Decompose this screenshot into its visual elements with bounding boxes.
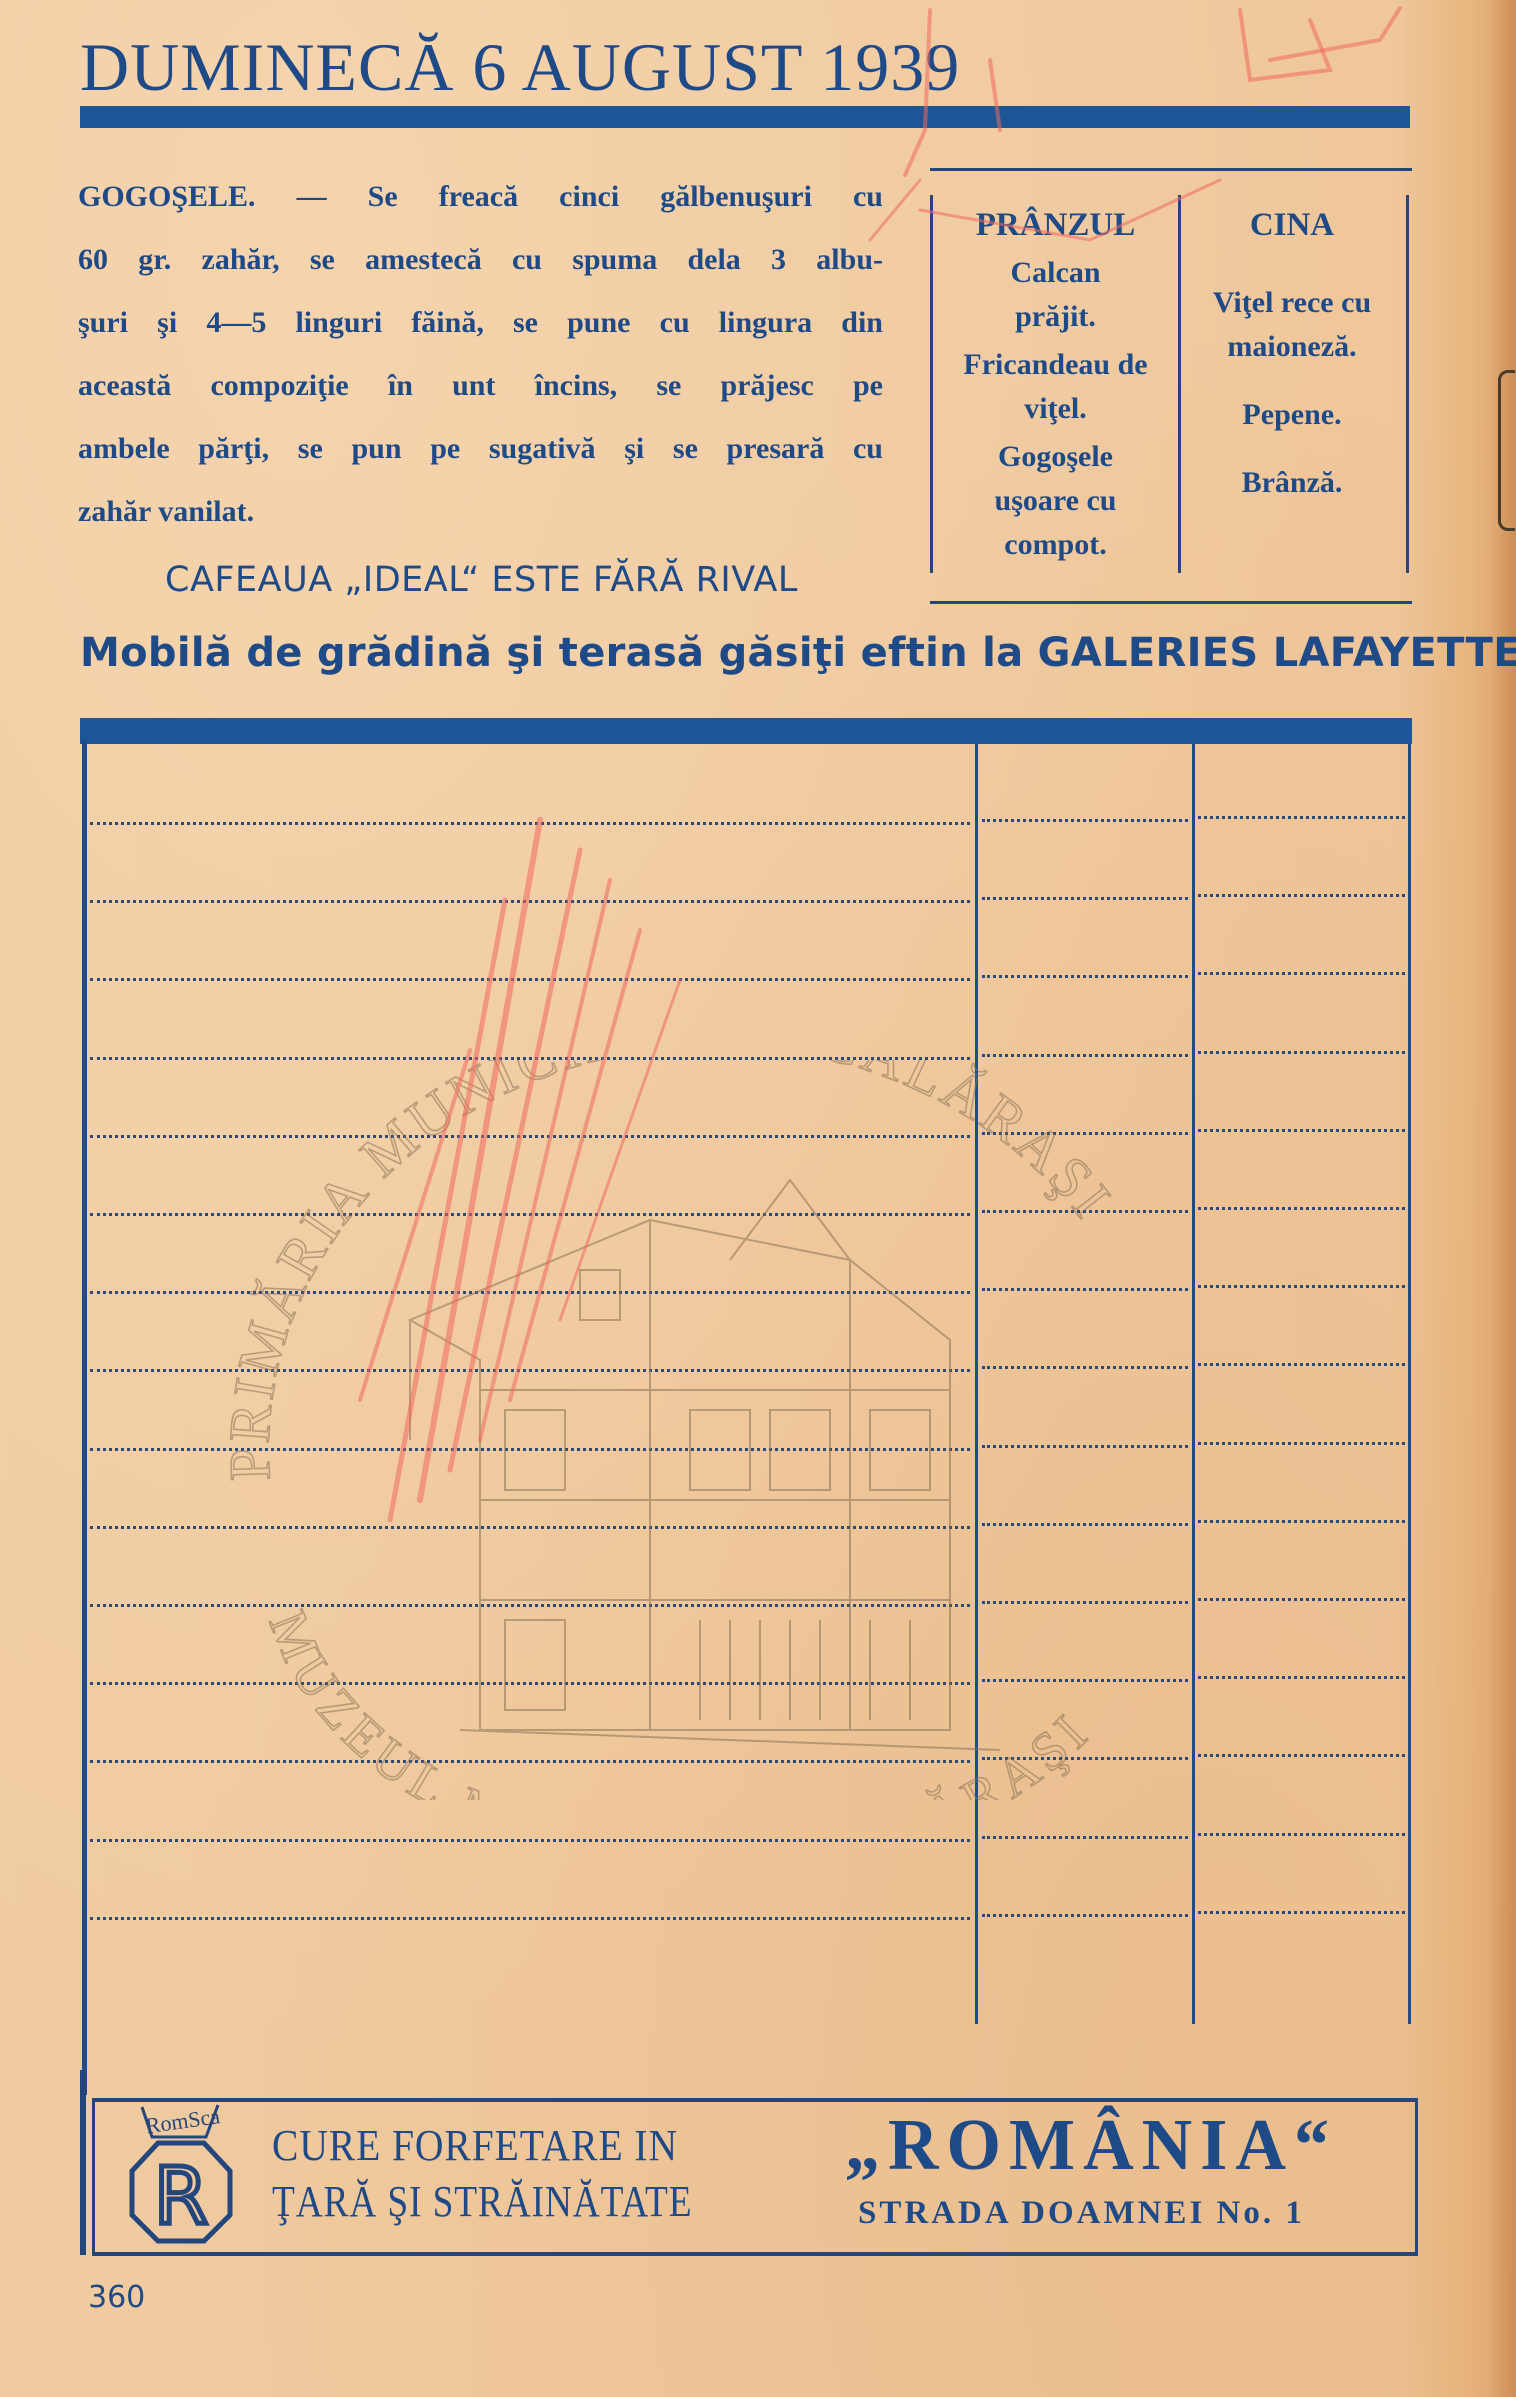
ruled-line xyxy=(1198,1129,1405,1132)
dinner-item: Pepene. xyxy=(1178,393,1406,437)
grid-header-rule xyxy=(80,718,1412,744)
ruled-line xyxy=(1198,1754,1405,1757)
dinner-item: Viţel rece cu maioneză. xyxy=(1178,281,1406,369)
svg-text:RomSca: RomSca xyxy=(144,2103,222,2138)
ruled-line xyxy=(1198,1676,1405,1679)
romania-r-logo-icon: RomSca R xyxy=(118,2095,248,2245)
ruled-line xyxy=(1198,1051,1405,1054)
ruled-line xyxy=(1198,1363,1405,1366)
ruled-line xyxy=(90,822,970,825)
dinner-item: Brânză. xyxy=(1178,461,1406,505)
dinner-column: CINA Viţel rece cu maioneză. Pepene. Brâ… xyxy=(1178,195,1409,573)
ruled-line xyxy=(90,1917,970,1920)
svg-text:R: R xyxy=(154,2152,208,2242)
recipe-line: şuri şi 4—5 linguri făină, se pune cu li… xyxy=(78,291,883,354)
ad-brand: „ROMÂNIA“ xyxy=(845,2104,1337,2188)
ad-line-2: ŢARĂ ŞI STRĂINĂTATE xyxy=(272,2176,692,2227)
ruled-line xyxy=(90,1839,970,1842)
ruled-line xyxy=(1198,1520,1405,1523)
building-icon xyxy=(410,1180,1000,1750)
page-edge-shadow xyxy=(1490,0,1516,2397)
coffee-ad: CAFEAUA „IDEAL“ ESTE FĂRĂ RIVAL xyxy=(165,560,798,600)
recipe-line: zahăr vanilat. xyxy=(78,480,883,543)
ad-address: STRADA DOAMNEI No. 1 xyxy=(858,2195,1305,2232)
svg-text:PRIMĂRIA MUNICIPIULUI CĂLĂRAŞI: PRIMĂRIA MUNICIPIULUI CĂLĂRAŞI xyxy=(230,1060,1125,1482)
recipe-line: GOGOŞELE. — Se freacă cinci gălbenuşuri … xyxy=(78,165,883,228)
ad-line-1: CURE FORFETARE IN xyxy=(272,2120,678,2171)
header-rule xyxy=(80,106,1410,128)
recipe-text: GOGOŞELE. — Se freacă cinci gălbenuşuri … xyxy=(78,165,883,543)
ruled-line xyxy=(982,1054,1188,1057)
dinner-heading: CINA xyxy=(1178,203,1406,247)
ruled-line xyxy=(1198,1911,1405,1914)
lunch-item: Fricandeau de viţel. xyxy=(933,343,1178,431)
ruled-line xyxy=(1198,1833,1405,1836)
grid-bottom-left-rule xyxy=(80,2070,86,2255)
recipe-line: ambele părţi, se pun pe sugativă şi se p… xyxy=(78,417,883,480)
lunch-item: Gogoşele uşoare cu compot. xyxy=(933,435,1178,567)
page-number: 360 xyxy=(88,2280,145,2315)
ruled-line xyxy=(1198,1598,1405,1601)
binding-clip-icon xyxy=(1498,370,1515,531)
ruled-line xyxy=(1198,1207,1405,1210)
ruled-line xyxy=(1198,972,1405,975)
ruled-line xyxy=(982,1836,1188,1839)
ruled-line xyxy=(90,900,970,903)
recipe-line: 60 gr. zahăr, se amestecă cu spuma dela … xyxy=(78,228,883,291)
page-title: DUMINECĂ 6 AUGUST 1939 xyxy=(80,28,960,107)
menu-box: PRÂNZUL Calcan prăjit. Fricandeau de viţ… xyxy=(930,168,1412,604)
ruled-line xyxy=(1198,1442,1405,1445)
lafayette-ad: Mobilă de grădină şi terasă găsiţi eftin… xyxy=(80,630,1516,676)
grid-left-border xyxy=(82,740,87,2095)
museum-embossed-stamp: PRIMĂRIA MUNICIPIULUI CĂLĂRAŞI MUZEUL MU… xyxy=(230,1060,1190,1800)
ruled-line xyxy=(1198,894,1405,897)
ruled-line xyxy=(1198,816,1405,819)
lunch-item: Calcan prăjit. xyxy=(933,251,1178,339)
ruled-line xyxy=(90,978,970,981)
grid-right-border xyxy=(1408,744,1411,2024)
recipe-line: această compoziţie în unt încins, se pră… xyxy=(78,354,883,417)
lunch-heading: PRÂNZUL xyxy=(933,203,1178,247)
ruled-line xyxy=(982,975,1188,978)
ruled-line xyxy=(1198,1285,1405,1288)
svg-text:MUZEUL MUNICIPAL CĂLĂRAŞI: MUZEUL MUNICIPAL CĂLĂRAŞI xyxy=(257,1603,1102,1800)
ruled-line xyxy=(982,897,1188,900)
ruled-line xyxy=(982,819,1188,822)
ruled-line xyxy=(982,1914,1188,1917)
grid-divider-2 xyxy=(1192,744,1195,2024)
lunch-column: PRÂNZUL Calcan prăjit. Fricandeau de viţ… xyxy=(930,195,1181,573)
